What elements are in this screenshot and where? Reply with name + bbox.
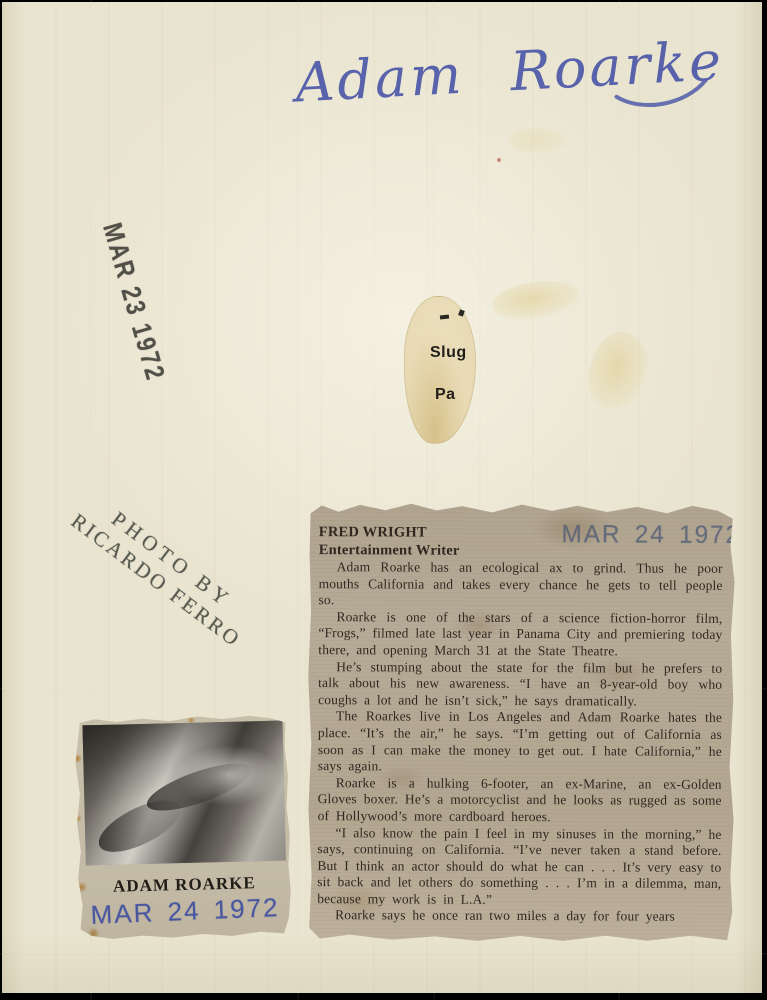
clipping-paragraph: “I also know the pain I feel in my sinus… — [317, 825, 721, 910]
clipping-byline: FRED WRIGHT — [319, 523, 723, 543]
clipping-paragraph: Roarke is a hulking 6-footer, an ex-Mari… — [318, 775, 722, 827]
clipping-paragraph: Adam Roarke has an ecological ax to grin… — [318, 559, 722, 611]
clipping-byline-role: Entertainment Writer — [319, 541, 723, 561]
paper-crease — [297, 0, 299, 1000]
slug-note-line2: Pa — [435, 387, 456, 403]
slug-note-line1: Slug — [430, 345, 467, 361]
news-clipping: MAR 24 1972 FRED WRIGHT Entertainment Wr… — [307, 501, 735, 943]
fabric-fold-shadow — [92, 790, 189, 863]
signature-handwriting: Adam Roarke — [286, 24, 726, 144]
photo-fragment: ADAM ROARKE MAR 24 1972 — [73, 713, 292, 940]
clipping-paragraph: The Roarkes live in Los Angeles and Adam… — [318, 708, 722, 776]
clipping-paragraph: Roarke says he once ran two miles a day … — [317, 908, 721, 926]
ink-speck — [497, 158, 501, 162]
photo-back-scan: Adam Roarke MAR 23 1972 Slug Pa PHOTO BY… — [0, 0, 767, 1000]
paper-crease — [0, 953, 767, 955]
clipping-text-block: FRED WRIGHT Entertainment Writer Adam Ro… — [317, 523, 723, 926]
clipping-paragraph: He’s stumping about the state for the fi… — [318, 659, 722, 711]
signature-text: Adam Roarke — [289, 29, 726, 115]
photo-fragment-date-stamp: MAR 24 1972 — [78, 894, 293, 929]
clipping-paragraph: Roarke is one of the stars of a science … — [318, 609, 722, 661]
photo-fragment-image — [82, 721, 285, 866]
